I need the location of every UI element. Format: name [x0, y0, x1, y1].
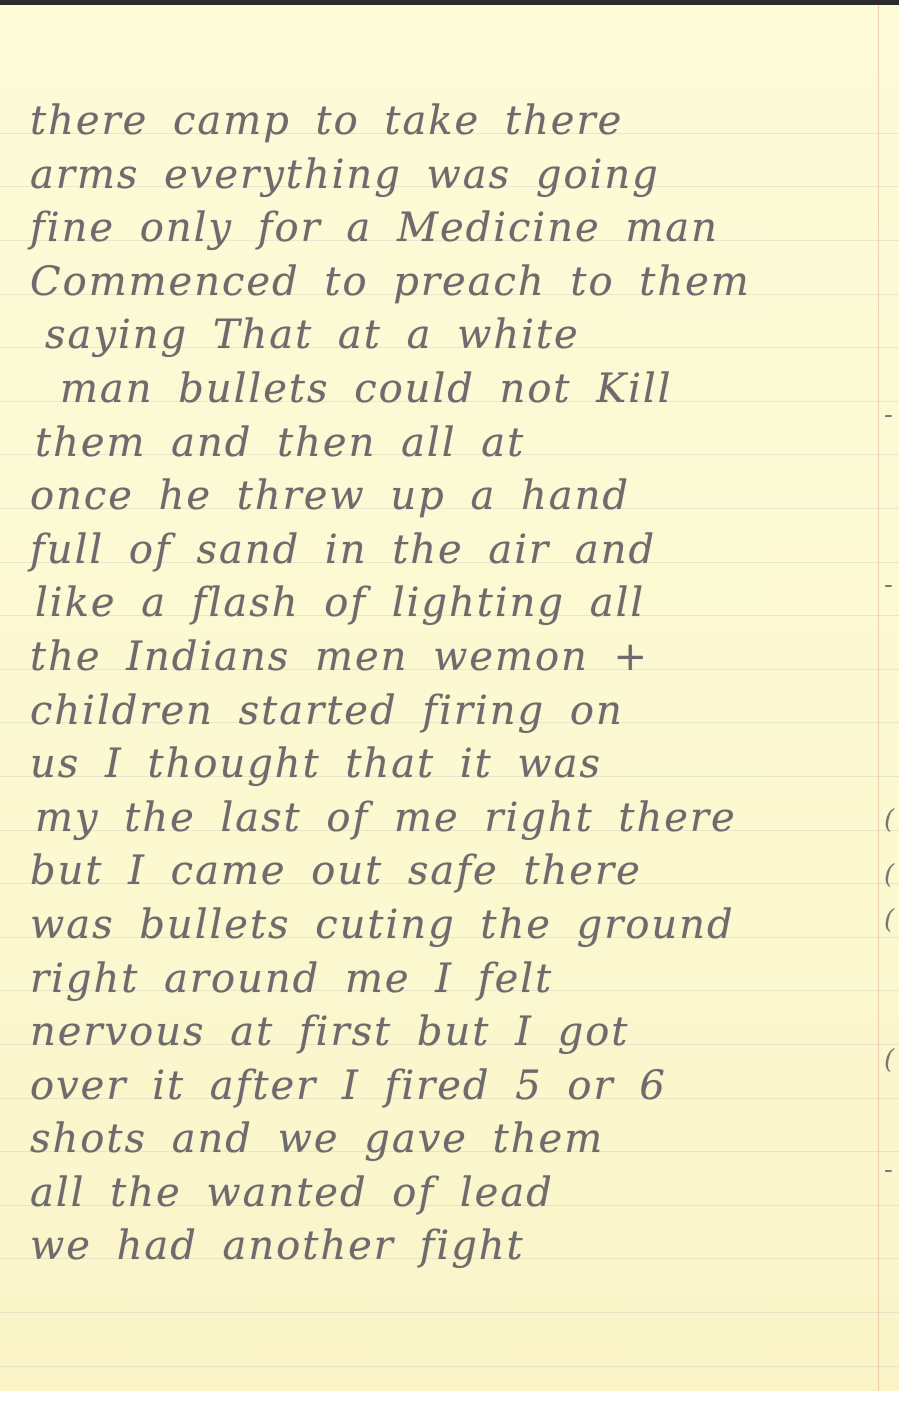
text-line: nervous at first but I got [30, 1006, 870, 1060]
handwritten-text: there camp to take there arms everything… [30, 95, 870, 1274]
text-line: all the wanted of lead [30, 1167, 870, 1221]
text-line: over it after I fired 5 or 6 [30, 1060, 870, 1114]
text-line: was bullets cuting the ground [30, 899, 870, 953]
margin-line [878, 5, 879, 1391]
margin-mark: - [884, 400, 893, 430]
text-line: them and then all at [30, 417, 870, 471]
margin-mark: ( [884, 1045, 894, 1075]
text-line: us I thought that it was [30, 738, 870, 792]
letter-page: there camp to take there arms everything… [0, 5, 899, 1391]
text-line: full of sand in the air and [30, 524, 870, 578]
text-line: once he threw up a hand [30, 470, 870, 524]
text-line: Commenced to preach to them [30, 256, 870, 310]
text-line: right around me I felt [30, 953, 870, 1007]
ruled-line [0, 1366, 899, 1367]
text-line: fine only for a Medicine man [30, 202, 870, 256]
text-line: my the last of me right there [30, 792, 870, 846]
text-line: man bullets could not Kill [30, 363, 870, 417]
margin-mark: ( [884, 905, 894, 935]
margin-marks: - - ( ( ( ( - [882, 5, 899, 1391]
text-line: saying That at a white [30, 309, 870, 363]
text-line: there camp to take there [30, 95, 870, 149]
margin-mark: ( [884, 805, 894, 835]
text-line: but I came out safe there [30, 845, 870, 899]
text-line: like a flash of lighting all [30, 577, 870, 631]
ruled-line [0, 1312, 899, 1313]
margin-mark: ( [884, 860, 894, 890]
text-line: children started firing on [30, 685, 870, 739]
text-line: the Indians men wemon + [30, 631, 870, 685]
margin-mark: - [884, 570, 893, 600]
text-line: we had another fight [30, 1220, 870, 1274]
margin-mark: - [884, 1155, 893, 1185]
text-line: arms everything was going [30, 149, 870, 203]
text-line: shots and we gave them [30, 1113, 870, 1167]
